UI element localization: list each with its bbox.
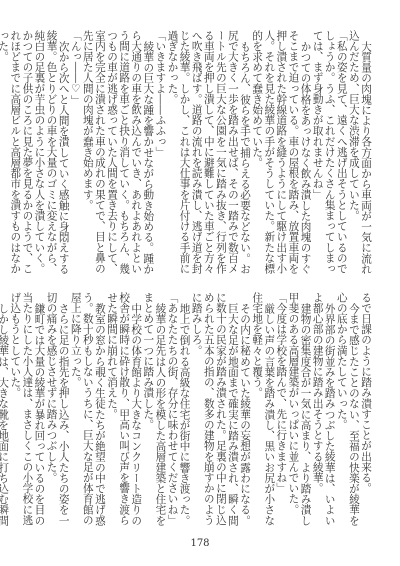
paragraph: 厳しい声の言葉を踏み潰し、黒いお尻が小さな住宅地を軽々と覆う。	[251, 292, 275, 528]
paragraph: 次から次へと人間を潰していく感触に身悶えする綾華。色とりどりの車を大量のゴミに変…	[0, 30, 70, 274]
text-block-top: 大質量の肉塊により各方面から車両が一気に流れ込んだため、巨大な渋滞を成していた。…	[40, 30, 372, 274]
paragraph: 地上で倒れる高級な住宅が街中に響き渡った。	[179, 292, 191, 528]
paragraph: もちろん、彼らを手で捕らえる必要などない。お尻で大きく一歩を踏み出せば、その一踏…	[166, 30, 251, 274]
paragraph: 綾華の足先は人の形を模した高層建築と住宅をまとめて一つに踏み潰した。	[142, 292, 166, 528]
page-number: 178	[0, 538, 400, 549]
paragraph: かつての体格をあっけなく飲み潰した肉塊のすぐそこまで迫っている。車の屋根を踏み、…	[251, 30, 311, 274]
paragraph: 綾華の巨大な踵を響かせながら動き始める。踵から大通りの車を飲み込んでいき、あれよ…	[82, 30, 155, 274]
paragraph: 「んっ――♡」	[70, 30, 82, 274]
text-block-bottom: るで日課のように踏み潰すことが出来る。 今まで感じたことのない、至福の快楽が綾華…	[40, 292, 372, 528]
paragraph: しかし綾華は、大きな靴を地面に打ち込む瞬間に、人々が街の大きな建物に集まらずに逃…	[0, 292, 9, 528]
paragraph: 「今度は学校を踏んで、先に行きますね」	[275, 292, 287, 528]
document-page: 大質量の肉塊により各方面から車両が一気に流れ込んだため、巨大な渋滞を成していた。…	[0, 0, 400, 566]
paragraph: 外界部の街並みを踏みつぶした綾華は、いよいよ都心部の建物に踏み出そうとする綾華。	[312, 292, 336, 528]
paragraph: その内に秘めていた綾華の妄想が露わになる。	[239, 292, 251, 528]
paragraph: 鎌町では大量の綾華が暴れ回っているのを目の当たりにした小人達は、まさしくこの小学…	[9, 292, 45, 528]
paragraph: 教室の窓から覗く生徒たちが絶望の中で逃げ惑う。数十秒もしないうちに、巨大な足が体…	[70, 292, 106, 528]
paragraph: 大質量の肉塊により各方面から車両が一気に流れ込んだため、巨大な渋滞を成していた。	[348, 30, 372, 274]
paragraph: 「いきますよ――ふふっ」	[154, 30, 166, 274]
paragraph: 中学校の体育館より大きなコンクリート造りの校舎が瞬時に砕け散り、甲高い叫び声を響…	[106, 292, 142, 528]
paragraph: 建物の密集度合が一気に高まり、より踏み潰し甲斐のある高層建築がいっぱいに並んでい…	[287, 292, 311, 528]
paragraph: 今まで感じたことのない、至福の快楽が綾華を心の底から満たしていった。	[336, 292, 360, 528]
paragraph: 「私の姿を見て、遠くへ逃げ出そうとしているのでしょうか。うふ、これだけたくさん集…	[312, 30, 348, 274]
paragraph: さらに足の指先を押し込み、小人たちの姿を一切の痛みを感じさせずに踏みつぶした。	[45, 292, 69, 528]
paragraph: 巨大な足が地面まで確実に踏み潰され、瞬く間に数十の民家が踏み潰された。足裏の中に…	[191, 292, 239, 528]
paragraph: 「あなたたちの街、存分に味わせてくださいね」	[166, 292, 178, 528]
paragraph: るで日課のように踏み潰すことが出来る。	[360, 292, 372, 528]
